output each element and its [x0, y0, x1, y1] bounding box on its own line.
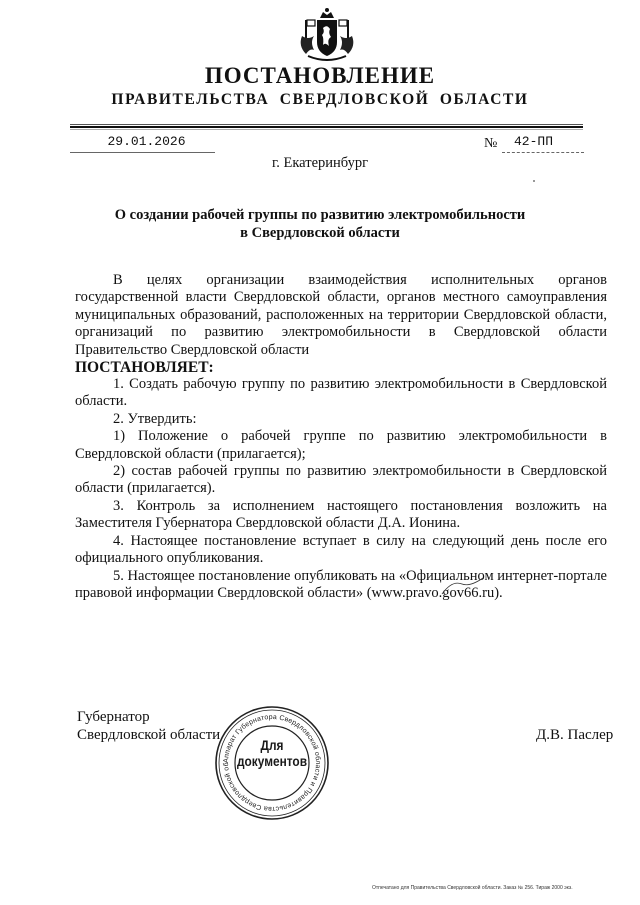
resolves-heading: ПОСТАНОВЛЯЕТ:	[75, 359, 607, 376]
document-title-line-1: О создании рабочей группы по развитию эл…	[100, 206, 540, 224]
document-number: 42-ПП	[502, 133, 584, 153]
handwritten-pen-mark	[440, 576, 485, 598]
item-2: 2. Утвердить:	[75, 411, 607, 428]
issuing-authority: ПРАВИТЕЛЬСТВА СВЕРДЛОВСКОЙ ОБЛАСТИ	[0, 91, 640, 109]
item-2-2: 2) состав рабочей группы по развитию эле…	[75, 463, 607, 498]
item-4: 4. Настоящее постановление вступает в си…	[75, 533, 607, 568]
stamp-center-text: Для документов	[219, 738, 325, 770]
preamble-paragraph: В целях организации взаимодействия испол…	[75, 272, 607, 359]
header-rule-thin	[70, 124, 583, 125]
print-note: Отпечатано для Правительства Свердловско…	[372, 885, 632, 891]
document-type-title: ПОСТАНОВЛЕНИЕ	[0, 63, 640, 89]
signatory-position-line-2: Свердловской области	[77, 726, 220, 744]
document-title: О создании рабочей группы по развитию эл…	[100, 206, 540, 242]
document-title-line-2: в Свердловской области	[100, 224, 540, 242]
item-2-1: 1) Положение о рабочей группе по развити…	[75, 428, 607, 463]
document-date: 29.01.2026	[70, 133, 215, 153]
header-rule-thick	[70, 126, 583, 128]
stamp-center-line-1: Для	[219, 738, 325, 754]
stamp-center-line-2: документов	[219, 754, 325, 770]
coat-of-arms-icon	[296, 6, 358, 64]
signatory-name: Д.В. Паслер	[536, 727, 613, 744]
item-1: 1. Создать рабочую группу по развитию эл…	[75, 376, 607, 411]
number-sign: №	[484, 136, 497, 152]
document-body: В целях организации взаимодействия испол…	[75, 272, 607, 602]
signatory-position-line-1: Губернатор	[77, 708, 220, 726]
header-rule-under	[70, 129, 583, 130]
item-3: 3. Контроль за исполнением настоящего по…	[75, 498, 607, 533]
scan-speck	[533, 180, 535, 182]
signatory-position: Губернатор Свердловской области	[77, 708, 220, 744]
city: г. Екатеринбург	[0, 155, 640, 172]
item-5: 5. Настоящее постановление опубликовать …	[75, 568, 607, 603]
